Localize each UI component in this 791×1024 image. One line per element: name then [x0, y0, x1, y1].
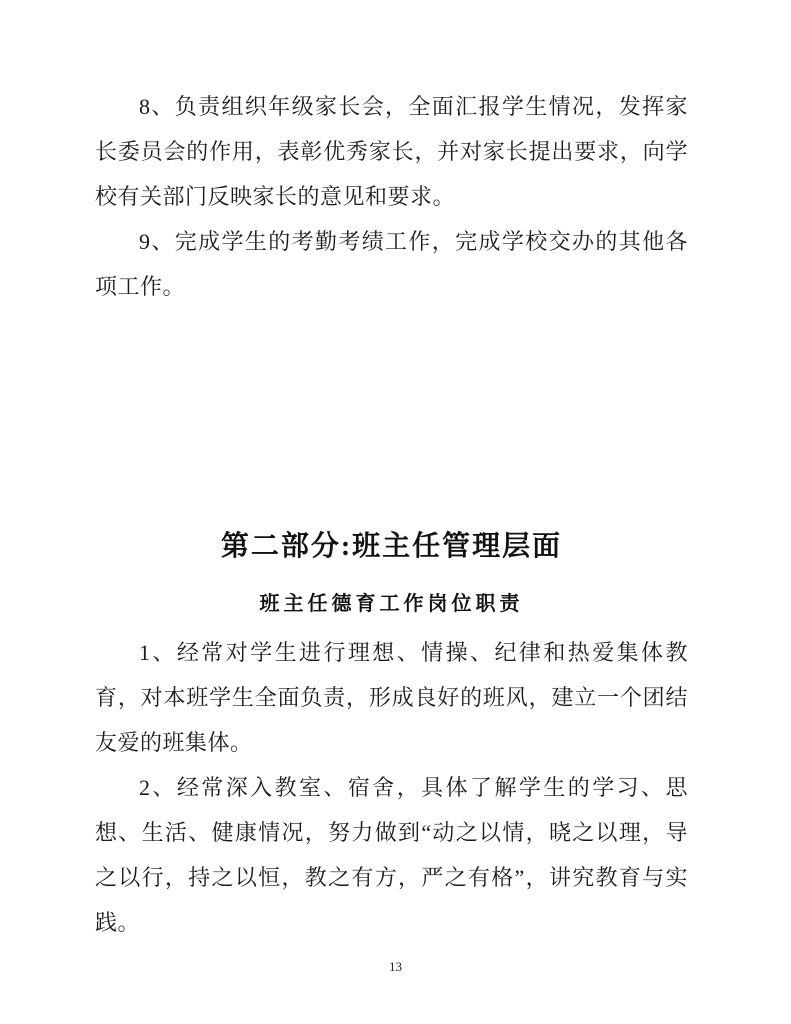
paragraph-responsibility-2: 2、经常深入教室、宿舍，具体了解学生的学习、思想、生活、健康情况，努力做到“动之…: [95, 765, 688, 945]
page-content: 8、负责组织年级家长会，全面汇报学生情况，发挥家长委员会的作用，表彰优秀家长，并…: [95, 84, 688, 945]
sub-heading: 班主任德育工作岗位职责: [95, 587, 688, 621]
document-page: 8、负责组织年级家长会，全面汇报学生情况，发挥家长委员会的作用，表彰优秀家长，并…: [0, 0, 791, 1024]
page-number: 13: [0, 958, 791, 976]
paragraph-duty-9: 9、完成学生的考勤考绩工作，完成学校交办的其他各项工作。: [95, 219, 688, 309]
paragraph-duty-8: 8、负责组织年级家长会，全面汇报学生情况，发挥家长委员会的作用，表彰优秀家长，并…: [95, 84, 688, 219]
paragraph-responsibility-1: 1、经常对学生进行理想、情操、纪律和热爱集体教育，对本班学生全面负责，形成良好的…: [95, 630, 688, 765]
section-heading: 第二部分:班主任管理层面: [95, 524, 688, 570]
